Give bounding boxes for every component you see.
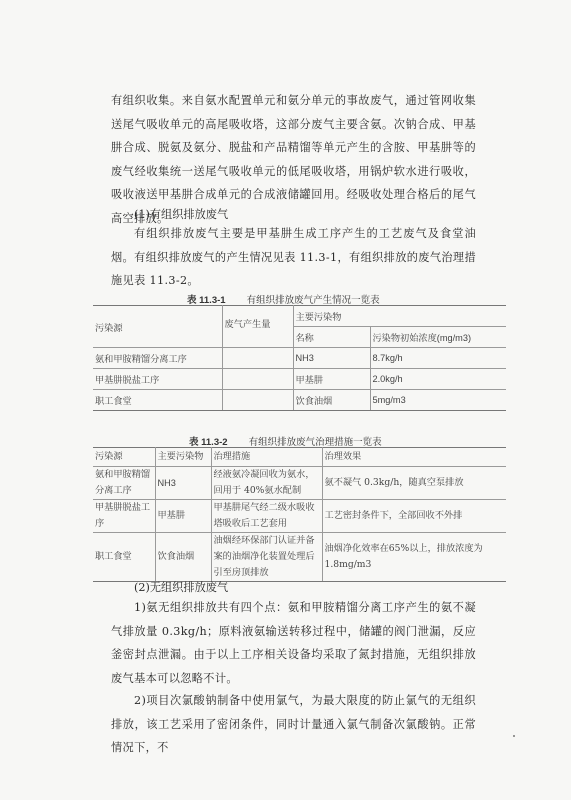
table-row: 氨和甲胺精馏分离工序 NH3 经液氨冷凝回收为氨水，回用于 40%氨水配制 氨不…	[93, 467, 506, 500]
cell-pollutant: 甲基肼	[155, 500, 211, 533]
table-header-row: 污染源 主要污染物 治理措施 治理效果	[93, 448, 506, 467]
paragraph-ammonia-fugitive: 1)氨无组织排放共有四个点：氨和甲胺精馏分离工序产生的氨不凝气排放量 0.3kg…	[111, 596, 476, 690]
table-row: 甲基肼脱盐工序 甲基肼 2.0kg/h	[93, 369, 506, 390]
header-main-pollutant: 主要污染物	[293, 306, 506, 327]
table-row: 职工食堂 饮食油烟 油烟经环保部门认证并备案的油烟净化装置处理后引至房顶排放 油…	[93, 533, 506, 582]
cell-source: 甲基肼脱盐工序	[93, 500, 155, 533]
cell-concentration: 5mg/m3	[370, 390, 506, 411]
heading-organized-emission: (1)有组织排放废气	[134, 206, 228, 222]
document-page: 有组织收集。来自氨水配置单元和氨分单元的事故废气，通过管网收集送尾气吸收单元的高…	[0, 0, 571, 800]
cell-effect: 油烟净化效率在65%以上，排放浓度为1.8mg/m3	[322, 533, 506, 582]
header-concentration: 污染物初始浓度(mg/m3)	[370, 327, 506, 348]
cell-source: 氨和甲胺精馏分离工序	[93, 467, 155, 500]
cell-pollutant: 饮食油烟	[155, 533, 211, 582]
cell-name: 甲基肼	[293, 369, 370, 390]
cell-concentration: 8.7kg/h	[370, 348, 506, 369]
paragraph-organized-emission: 有组织排放废气主要是甲基肼生成工序产生的工艺废气及食堂油烟。有组织排放废气的产生…	[111, 222, 476, 293]
cell-measure: 油烟经环保部门认证并备案的油烟净化装置处理后引至房顶排放	[211, 533, 322, 582]
header-measure: 治理措施	[211, 448, 322, 467]
table-emission-generation: 污染源 废气产生量 主要污染物 名称 污染物初始浓度(mg/m3) 氨和甲胺精馏…	[93, 305, 506, 411]
cell-effect: 工艺密封条件下，全部回收不外排	[322, 500, 506, 533]
cell-source: 职工食堂	[93, 533, 155, 582]
header-source: 污染源	[93, 448, 155, 467]
table-header-row: 污染源 废气产生量 主要污染物	[93, 306, 506, 327]
table2-caption: 表 11.3-2 有组织排放废气治理措施一览表	[189, 434, 382, 448]
paragraph-chlorine-fugitive: 2)项目次氯酸钠制备中使用氯气，为最大限度的防止氯气的无组织排放，该工艺采用了密…	[111, 689, 476, 760]
table-row: 氨和甲胺精馏分离工序 NH3 8.7kg/h	[93, 348, 506, 369]
header-name: 名称	[293, 327, 370, 348]
header-effect: 治理效果	[322, 448, 506, 467]
cell-source: 甲基肼脱盐工序	[93, 369, 222, 390]
cell-measure: 甲基肼尾气经二级水吸收塔吸收后工艺套用	[211, 500, 322, 533]
cell-name: 饮食油烟	[293, 390, 370, 411]
cell-name: NH3	[293, 348, 370, 369]
heading-fugitive-emission: (2)无组织排放废气	[134, 579, 228, 595]
cell-measure: 经液氨冷凝回收为氨水，回用于 40%氨水配制	[211, 467, 322, 500]
cell-volume	[222, 390, 293, 411]
cell-concentration: 2.0kg/h	[370, 369, 506, 390]
cell-pollutant: NH3	[155, 467, 211, 500]
table-emission-treatment: 污染源 主要污染物 治理措施 治理效果 氨和甲胺精馏分离工序 NH3 经液氨冷凝…	[93, 447, 506, 582]
table-row: 职工食堂 饮食油烟 5mg/m3	[93, 390, 506, 411]
header-pollutant: 主要污染物	[155, 448, 211, 467]
table-row: 甲基肼脱盐工序 甲基肼 甲基肼尾气经二级水吸收塔吸收后工艺套用 工艺密封条件下，…	[93, 500, 506, 533]
cell-source: 职工食堂	[93, 390, 222, 411]
header-source: 污染源	[93, 306, 222, 348]
scan-speck	[513, 735, 515, 737]
cell-volume	[222, 348, 293, 369]
header-volume: 废气产生量	[222, 306, 293, 348]
table1-caption: 表 11.3-1 有组织排放废气产生情况一览表	[187, 292, 380, 306]
cell-effect: 氨不凝气 0.3kg/h，随真空泵排放	[322, 467, 506, 500]
cell-volume	[222, 369, 293, 390]
cell-source: 氨和甲胺精馏分离工序	[93, 348, 222, 369]
